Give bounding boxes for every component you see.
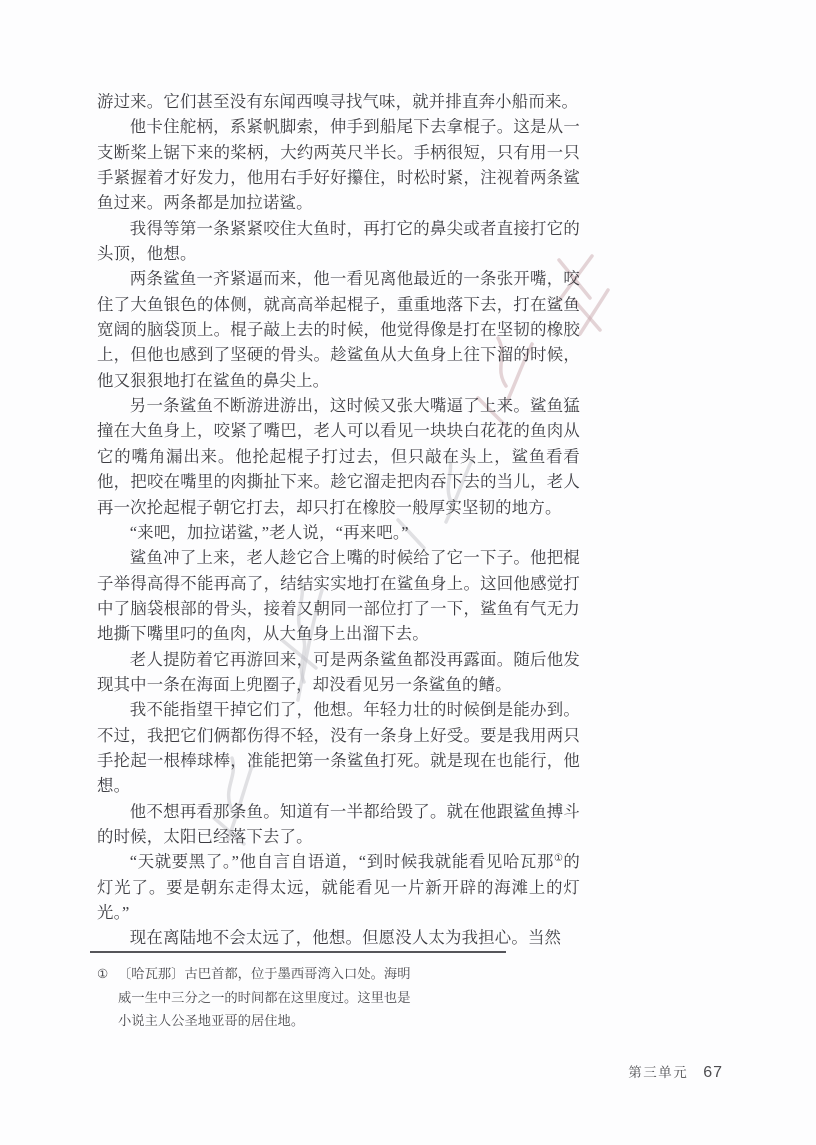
page-number: 67: [703, 1064, 723, 1082]
paragraph: 现在离陆地不会太远了，他想。但愿没人太为我担心。当然: [97, 925, 580, 950]
paragraph: 我得等第一条紧紧咬住大鱼时，再打它的鼻尖或者直接打它的头顶，他想。: [97, 216, 580, 267]
footnote-line: 〔哈瓦那〕古巴首都，位于墨西哥湾入口处。海明: [118, 962, 427, 986]
paragraph: “来吧，加拉诺鲨，”老人说，“再来吧。”: [97, 520, 580, 545]
footnote-line: 小说主人公圣地亚哥的居住地。: [118, 1009, 427, 1033]
paragraph: 我不能指望干掉它们了，他想。年轻力壮的时候倒是能办到。不过，我把它们俩都伤得不轻…: [97, 697, 580, 798]
paragraph: 两条鲨鱼一齐紧逼而来，他一看见离他最近的一条张开嘴，咬住了大鱼银色的体侧，就高高…: [97, 266, 580, 393]
footnote: ① 〔哈瓦那〕古巴首都，位于墨西哥湾入口处。海明威一生中三分之一的时间都在这里度…: [97, 962, 427, 1033]
paragraph: 他不想再看那条鱼。知道有一半都给毁了。就在他跟鲨鱼搏斗的时候，太阳已经落下去了。: [97, 799, 580, 850]
paragraph: 他卡住舵柄，系紧帆脚索，伸手到船尾下去拿棍子。这是从一支断桨上锯下来的桨柄，大约…: [97, 114, 580, 215]
paragraph: 另一条鲨鱼不断游进游出，这时候又张大嘴逼了上来。鲨鱼猛撞在大鱼身上，咬紧了嘴巴，…: [97, 393, 580, 520]
footnote-line: 威一生中三分之一的时间都在这里度过。这里也是: [118, 986, 427, 1010]
footnote-lines: 〔哈瓦那〕古巴首都，位于墨西哥湾入口处。海明威一生中三分之一的时间都在这里度过。…: [97, 962, 427, 1033]
footnote-marker: ①: [97, 963, 108, 987]
paragraph: 鲨鱼冲了上来，老人趁它合上嘴的时候给了它一下子。他把棍子举得高得不能再高了，结结…: [97, 545, 580, 646]
note-ref-superscript: ①: [554, 853, 563, 864]
paragraph: “天就要黑了。”他自言自语道，“到时候我就能看见哈瓦那①的灯光了。要是朝东走得太…: [97, 849, 580, 925]
paragraph: 老人提防着它再游回来，可是两条鲨鱼都没再露面。随后他发现其中一条在海面上兜圈子，…: [97, 647, 580, 698]
page-text: 游过来。它们甚至没有东闻西嗅寻找气味，就并排直奔小船而来。他卡住舵柄，系紧帆脚索…: [97, 89, 580, 951]
page-footer: 第三单元 67: [628, 1061, 723, 1082]
footnote-separator: [90, 951, 506, 953]
scanned-page: 游过来。它们甚至没有东闻西嗅寻找气味，就并排直奔小船而来。他卡住舵柄，系紧帆脚索…: [0, 0, 816, 1145]
unit-label: 第三单元: [628, 1061, 688, 1081]
paragraph: 游过来。它们甚至没有东闻西嗅寻找气味，就并排直奔小船而来。: [97, 89, 580, 114]
